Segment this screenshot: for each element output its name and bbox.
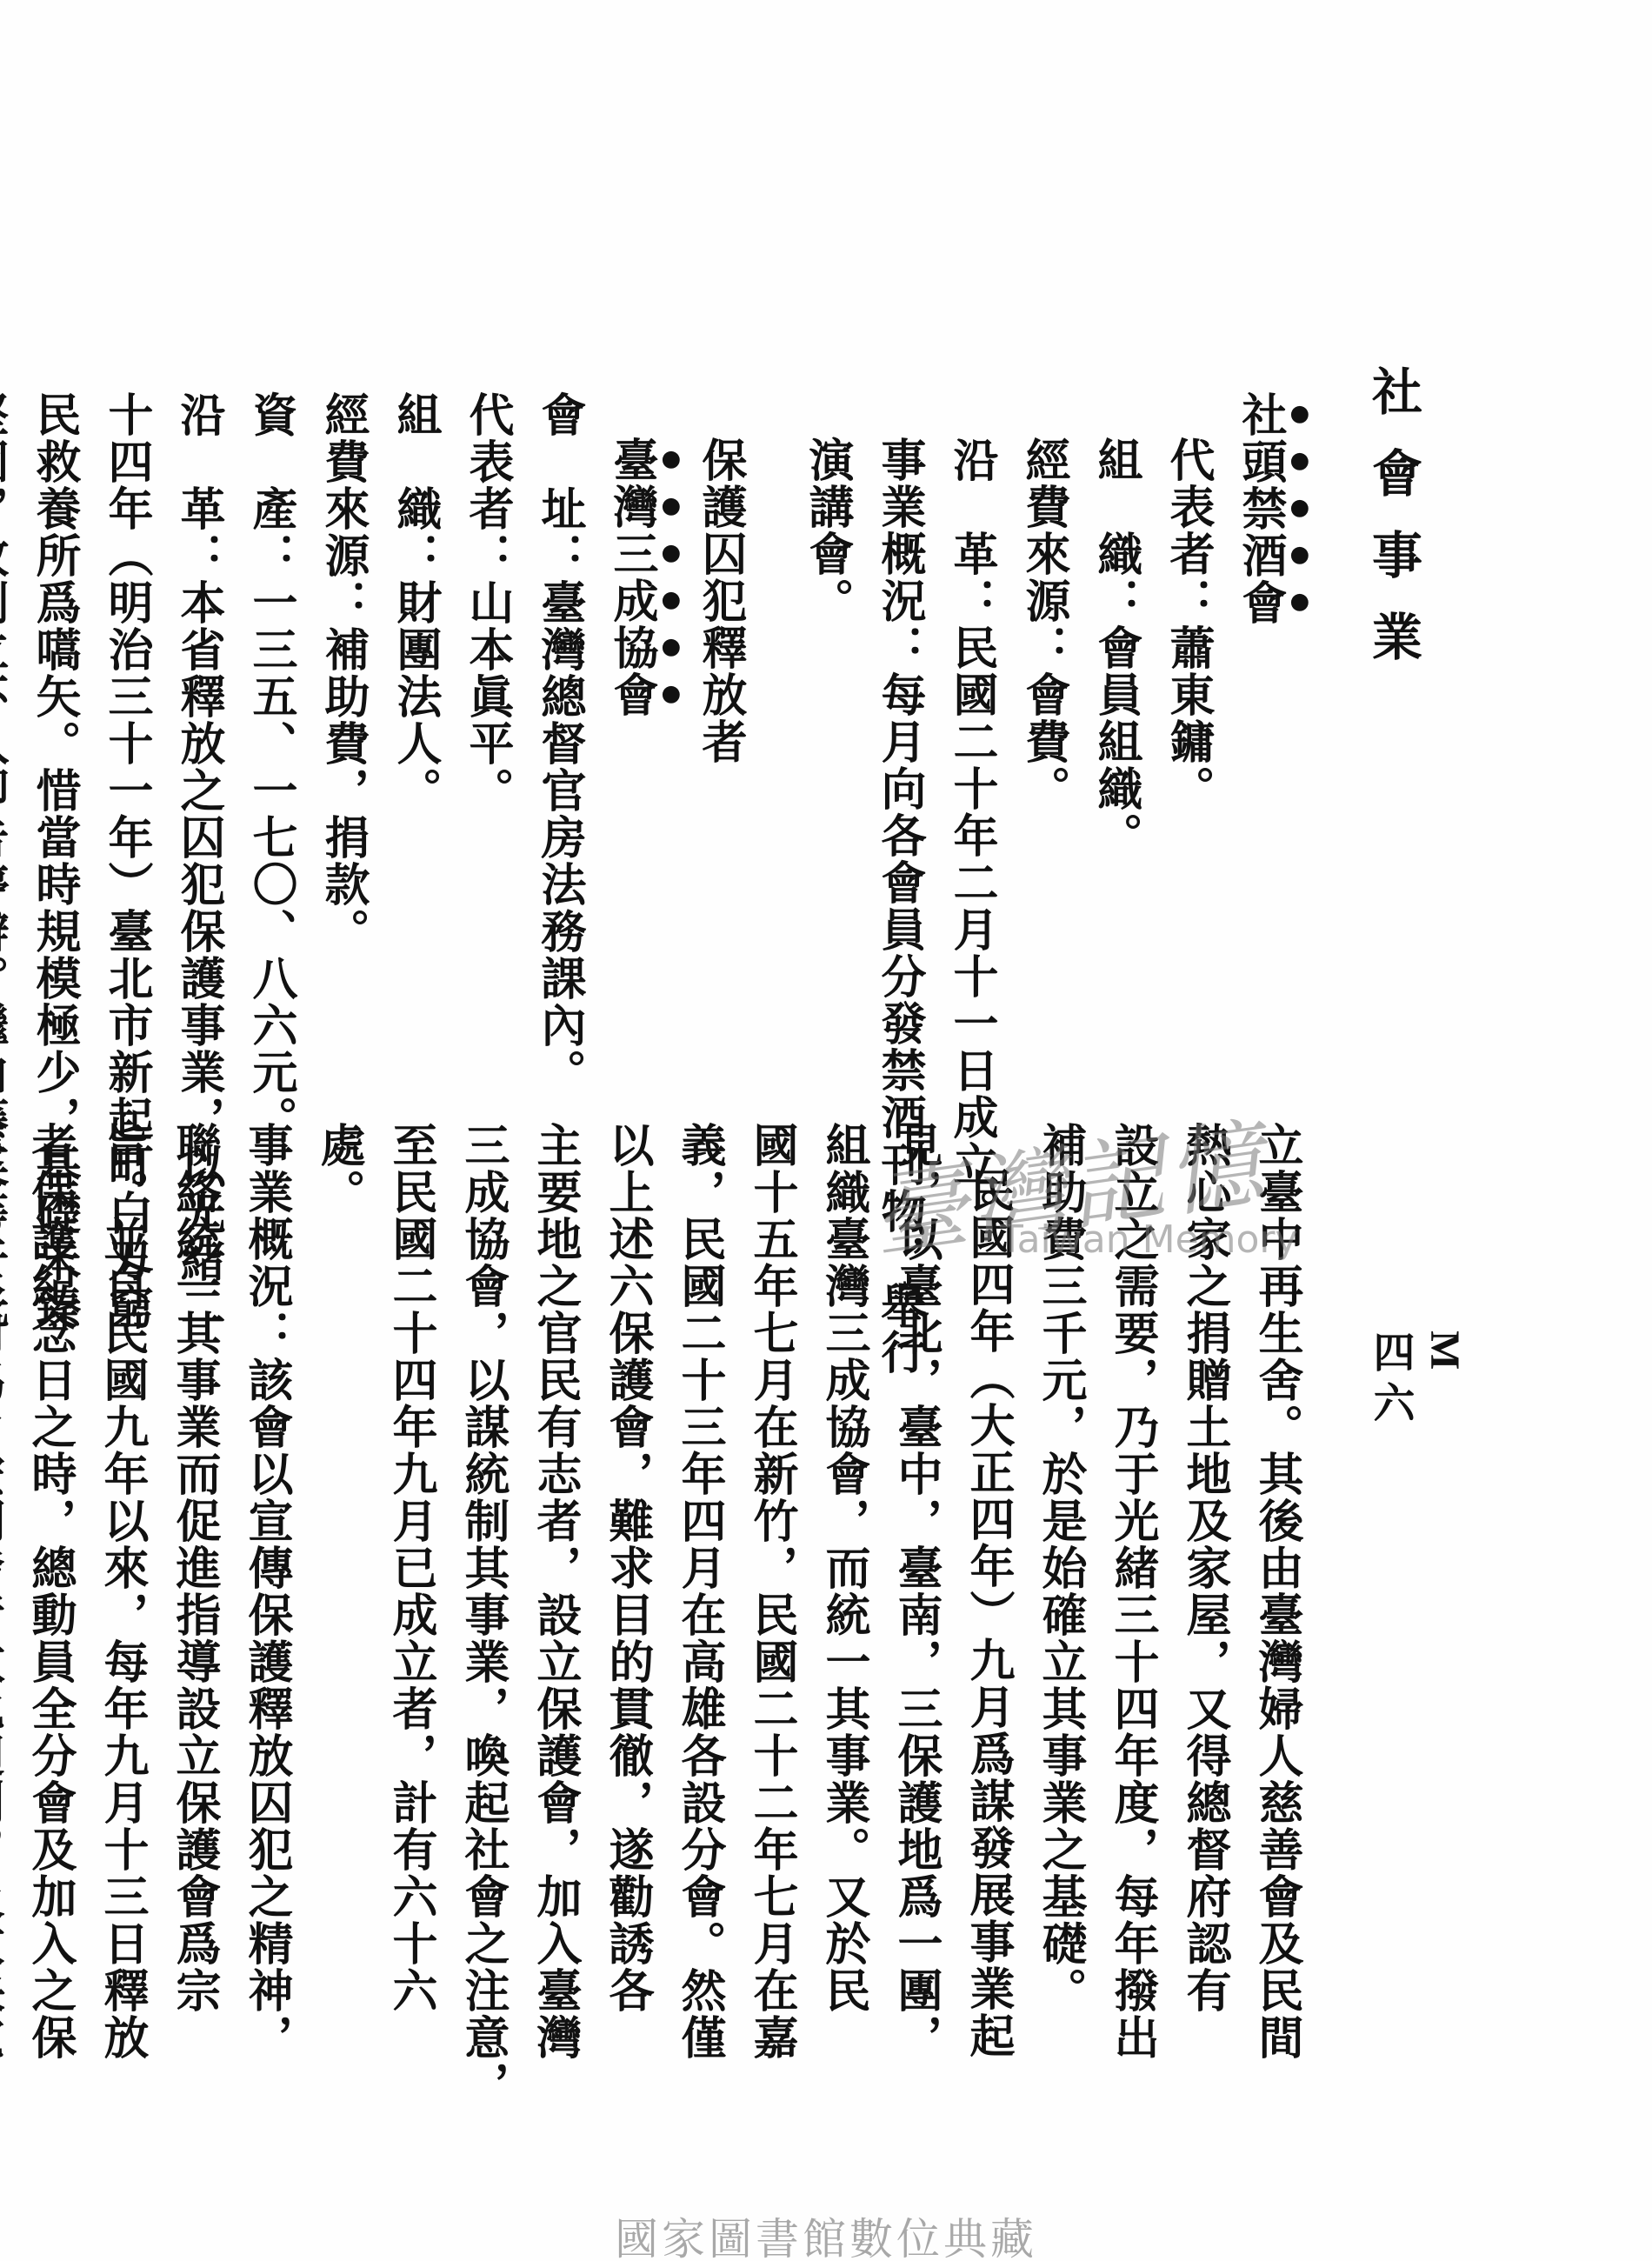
text-column: 者保護紀念日之時，總動員全分會及加入之保	[14, 1122, 86, 1939]
text-column: 旨。並自民國九年以來，每年九月十三日釋放	[86, 1122, 158, 1939]
text-column: 堅固，故創立不久即告停辦。繼由藤某等于光	[0, 391, 18, 1061]
org-heading-sancheng: 臺灣三成協會	[596, 391, 684, 1061]
text-column: 事業概況：每月向各會員分發禁酒刊物，舉行	[863, 391, 936, 1061]
text-column: 民救養所爲嚆矢。惜當時規模極少，基礎未臻	[18, 391, 90, 1061]
text-column: 沿 革：民國二十年二月十一日成立。	[936, 391, 1008, 1061]
text-column: 代表者：山本眞平。	[451, 391, 523, 1061]
text-column: 組織臺灣三成協會，而統一其事業。又於民	[808, 1122, 880, 1939]
taiwan-memory-watermark-text: Taiwan Memory	[1000, 1217, 1298, 1262]
text-column: 三成協會，以謀統制其事業，喚起社會之注意，	[447, 1122, 519, 1939]
text-column: 經費來源：會費。	[1008, 391, 1080, 1061]
section-heading-prisoner-release: 保護囚犯釋放者	[684, 391, 756, 1061]
text-block-top: 社頭禁酒會 代表者：蕭東鏞。 組 織：會員組織。 經費來源：會費。 沿 革：民國…	[200, 391, 1313, 1061]
text-column: 演講會。	[791, 391, 863, 1061]
page-number: M 四六	[1361, 1331, 1469, 1431]
org-heading-shetou: 社頭禁酒會	[1224, 391, 1313, 1061]
text-column: 聯絡統一其事業而促進指導設立保護會爲宗	[158, 1122, 230, 1939]
text-column: 組 織：會員組織。	[1080, 391, 1152, 1061]
page-number-value: 四六	[1366, 1331, 1415, 1431]
text-column: 資 產：一三五、一七〇、八六元。	[235, 391, 307, 1061]
text-column: 處。	[303, 1122, 375, 1939]
text-column: 護會，共同協力按期發行教化週刊，及放映電	[0, 1122, 14, 1939]
text-column: 以上述六保護會，難求目的貫徹，遂勸誘各	[591, 1122, 663, 1939]
section-gap	[756, 391, 791, 1061]
text-column: 事業概況：該會以宣傳保護釋放囚犯之精神，	[230, 1122, 303, 1939]
text-column: 主要地之官民有志者，設立保護會，加入臺灣	[519, 1122, 591, 1939]
page-header-title: 社會事業	[1356, 365, 1429, 692]
text-column: 十四年（明治三十一年）臺北市新起町白刄窮	[90, 391, 163, 1061]
text-column: 經費來源：補助費，捐款。	[307, 391, 379, 1061]
text-column: 至民國二十四年九月已成立者，計有六十六	[375, 1122, 447, 1939]
text-column: 國十五年七月在新竹，民國二十二年七月在嘉	[736, 1122, 808, 1939]
text-column: 沿 革：本省釋放之囚犯保護事業，以光緒二	[163, 391, 235, 1061]
page-series: M	[1421, 1331, 1469, 1405]
text-column: 會 址：臺灣總督官房法務課內。	[523, 391, 596, 1061]
document-page: 社會事業 M 四六 社頭禁酒會 代表者：蕭東鏞。 組 織：會員組織。 經費來源：…	[0, 0, 1652, 2261]
text-column: 組 織：財團法人。	[379, 391, 451, 1061]
text-column: 義，民國二十三年四月在高雄各設分會。然僅	[663, 1122, 736, 1939]
footer-library-credit: 國家圖書館數位典藏	[0, 2204, 1652, 2261]
text-column: 代表者：蕭東鏞。	[1152, 391, 1224, 1061]
